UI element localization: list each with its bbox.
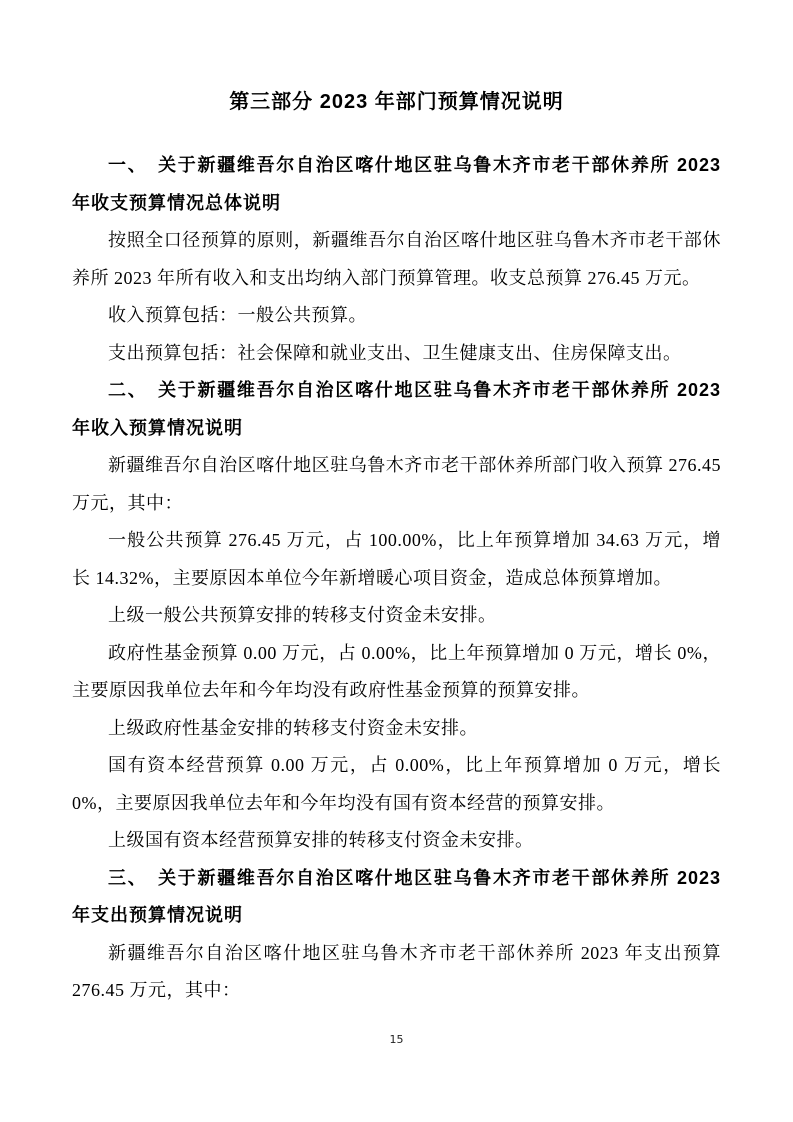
section-heading-income: 二、 关于新疆维吾尔自治区喀什地区驻乌鲁木齐市老干部休养所 2023 年收入预算… bbox=[72, 372, 721, 447]
section-expenditure-budget: 三、 关于新疆维吾尔自治区喀什地区驻乌鲁木齐市老干部休养所 2023 年支出预算… bbox=[72, 860, 721, 1010]
paragraph: 新疆维吾尔自治区喀什地区驻乌鲁木齐市老干部休养所 2023 年支出预算 276.… bbox=[72, 935, 721, 1010]
paragraph: 上级国有资本经营预算安排的转移支付资金未安排。 bbox=[72, 822, 721, 860]
document-title: 第三部分 2023 年部门预算情况说明 bbox=[72, 88, 721, 116]
paragraph: 一般公共预算 276.45 万元，占 100.00%，比上年预算增加 34.63… bbox=[72, 522, 721, 597]
paragraph: 收入预算包括：一般公共预算。 bbox=[72, 297, 721, 335]
paragraph: 支出预算包括：社会保障和就业支出、卫生健康支出、住房保障支出。 bbox=[72, 335, 721, 373]
section-income-budget: 二、 关于新疆维吾尔自治区喀什地区驻乌鲁木齐市老干部休养所 2023 年收入预算… bbox=[72, 372, 721, 860]
paragraph: 上级一般公共预算安排的转移支付资金未安排。 bbox=[72, 597, 721, 635]
paragraph: 上级政府性基金安排的转移支付资金未安排。 bbox=[72, 710, 721, 748]
paragraph: 按照全口径预算的原则，新疆维吾尔自治区喀什地区驻乌鲁木齐市老干部休养所 2023… bbox=[72, 222, 721, 297]
section-heading-overall: 一、 关于新疆维吾尔自治区喀什地区驻乌鲁木齐市老干部休养所 2023 年收支预算… bbox=[72, 147, 721, 222]
document-page: 第三部分 2023 年部门预算情况说明 一、 关于新疆维吾尔自治区喀什地区驻乌鲁… bbox=[0, 0, 793, 1122]
page-number: 15 bbox=[0, 1033, 793, 1046]
section-overall-budget: 一、 关于新疆维吾尔自治区喀什地区驻乌鲁木齐市老干部休养所 2023 年收支预算… bbox=[72, 147, 721, 372]
paragraph: 政府性基金预算 0.00 万元，占 0.00%，比上年预算增加 0 万元，增长 … bbox=[72, 635, 721, 710]
paragraph: 新疆维吾尔自治区喀什地区驻乌鲁木齐市老干部休养所部门收入预算 276.45 万元… bbox=[72, 447, 721, 522]
paragraph: 国有资本经营预算 0.00 万元，占 0.00%，比上年预算增加 0 万元，增长… bbox=[72, 747, 721, 822]
section-heading-expenditure: 三、 关于新疆维吾尔自治区喀什地区驻乌鲁木齐市老干部休养所 2023 年支出预算… bbox=[72, 860, 721, 935]
